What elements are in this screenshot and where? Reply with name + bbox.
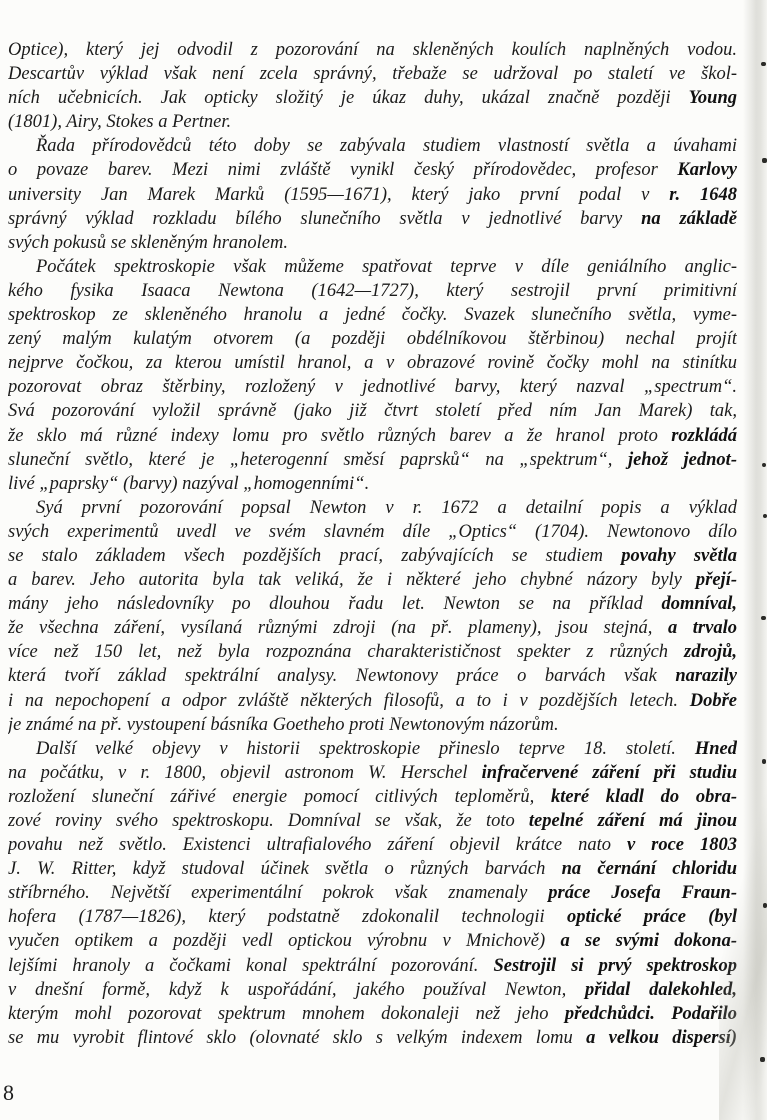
- text-run: spektroskop ze skleněného hranolu a jedn…: [8, 305, 737, 325]
- text-run-bold: domníval,: [661, 594, 737, 614]
- text-run: se mu vyrobit flintové sklo (olovnaté sk…: [8, 1028, 586, 1048]
- text-run: Řada přírodovědců této doby se zabývala …: [36, 136, 737, 156]
- text-run-bold: optické práce (byl: [567, 907, 737, 927]
- text-line: university Jan Marek Marků (1595—1671), …: [8, 183, 737, 207]
- text-line: nejprve čočkou, za kterou umístil hranol…: [8, 351, 737, 375]
- text-run: svých pokusů se skleněným hranolem.: [8, 233, 288, 253]
- text-run: lejšími hranoly a čočkami konal spektrál…: [8, 956, 493, 976]
- text-run-bold: na černání chloridu: [562, 859, 737, 879]
- text-run-bold: Sestrojil si prvý spektroskop: [493, 956, 737, 976]
- scan-speck: [762, 158, 767, 163]
- text-run: že sklo má různé indexy lomu pro světlo …: [8, 426, 671, 446]
- text-line: svých experimentů uvedl ve svém slavném …: [8, 520, 737, 544]
- text-line: zený malým kulatým otvorem (a později ob…: [8, 327, 737, 351]
- text-line: kého fysika Isaaca Newtona (1642—1727), …: [8, 279, 737, 303]
- text-run: svých experimentů uvedl ve svém slavném …: [8, 522, 737, 542]
- scan-speck: [763, 514, 767, 518]
- text-run: o povaze barev. Mezi nimi zvláště vynikl…: [8, 160, 677, 180]
- text-line: je známé na př. vystoupení básníka Goeth…: [8, 713, 737, 737]
- text-line: Řada přírodovědců této doby se zabývala …: [8, 134, 737, 158]
- scan-speck: [760, 1057, 765, 1062]
- text-line: livé „paprsky“ (barvy) nazýval „homogenn…: [8, 472, 737, 496]
- text-line: se mu vyrobit flintové sklo (olovnaté sk…: [8, 1026, 737, 1050]
- text-run: Počátek spektroskopie však můžeme spatřo…: [36, 257, 737, 277]
- text-run: stříbrného. Největší experimentální pokr…: [8, 883, 548, 903]
- text-run: více než 150 let, než byla rozpoznána ch…: [8, 642, 684, 662]
- text-run: kterým mohl pozorovat spektrum mnohem do…: [8, 1004, 565, 1024]
- text-run-bold: Hned: [695, 739, 737, 759]
- text-run-bold: infračervené záření při studiu: [482, 763, 737, 783]
- text-run: která tvoří základ spektrální analysy. N…: [8, 666, 675, 686]
- text-line: (1801), Airy, Stokes a Pertner.: [8, 110, 737, 134]
- text-run-bold: které kladl do obra-: [551, 787, 737, 807]
- text-run-bold: na základě: [641, 209, 737, 229]
- text-line: v dnešní formě, když k uspořádání, jakéh…: [8, 978, 737, 1002]
- text-run: Descartův výklad však není zcela správný…: [8, 64, 737, 84]
- page-number: 8: [3, 1080, 14, 1106]
- text-line: Počátek spektroskopie však můžeme spatřo…: [8, 255, 737, 279]
- text-run: nejprve čočkou, za kterou umístil hranol…: [8, 353, 737, 373]
- text-run-bold: narazily: [675, 666, 737, 686]
- text-line: i na nepochopení a odpor zvláště některý…: [8, 689, 737, 713]
- text-run-bold: rozkládá: [671, 426, 737, 446]
- text-line: Descartův výklad však není zcela správný…: [8, 62, 737, 86]
- text-line: lejšími hranoly a čočkami konal spektrál…: [8, 954, 737, 978]
- text-line: Optice), který jej odvodil z pozorování …: [8, 38, 737, 62]
- text-run: livé „paprsky“ (barvy) nazýval „homogenn…: [8, 474, 369, 494]
- body-text: Optice), který jej odvodil z pozorování …: [8, 38, 737, 1050]
- text-line: Syá první pozorování popsal Newton v r. …: [8, 496, 737, 520]
- text-run-bold: práce Josefa Fraun-: [548, 883, 737, 903]
- text-run: v dnešní formě, když k uspořádání, jakéh…: [8, 980, 585, 1000]
- scan-speck: [762, 759, 766, 764]
- text-run: Další velké objevy v historii spektrosko…: [36, 739, 695, 759]
- text-run: Syá první pozorování popsal Newton v r. …: [36, 498, 737, 518]
- text-run-bold: Karlovy: [677, 160, 737, 180]
- text-run-bold: a trvalo: [668, 618, 737, 638]
- text-line: že všechna záření, vysílaná různými zdro…: [8, 616, 737, 640]
- text-run: zové roviny svého spektroskopu. Domníval…: [8, 811, 529, 831]
- text-run-bold: zdrojů,: [684, 642, 737, 662]
- text-run-bold: předchůdci. Podařilo: [565, 1004, 737, 1024]
- text-line: rozložení sluneční zářivé energie pomocí…: [8, 785, 737, 809]
- text-run: správný výklad rozkladu bílého slunečníh…: [8, 209, 641, 229]
- text-run: kého fysika Isaaca Newtona (1642—1727), …: [8, 281, 737, 301]
- text-line: více než 150 let, než byla rozpoznána ch…: [8, 640, 737, 664]
- text-line: J. W. Ritter, když studoval účinek světl…: [8, 857, 737, 881]
- text-line: že sklo má různé indexy lomu pro světlo …: [8, 424, 737, 448]
- scan-speck: [761, 616, 766, 620]
- page-curl-shadow: [719, 780, 767, 1120]
- text-run: povahu než světlo. Existenci ultrafialov…: [8, 835, 627, 855]
- text-run: vyučen optikem a později vedl optickou v…: [8, 931, 560, 951]
- text-line: svých pokusů se skleněným hranolem.: [8, 231, 737, 255]
- text-line: kterým mohl pozorovat spektrum mnohem do…: [8, 1002, 737, 1026]
- text-run: je známé na př. vystoupení básníka Goeth…: [8, 715, 559, 735]
- text-run: se stalo základem všech pozdějších prací…: [8, 546, 621, 566]
- text-run: university Jan Marek Marků (1595—1671), …: [8, 185, 669, 205]
- text-run: Optice), který jej odvodil z pozorování …: [8, 40, 737, 60]
- text-run-bold: Young: [689, 88, 737, 108]
- text-line: pozorovat obraz štěrbiny, rozložený v je…: [8, 375, 737, 399]
- text-line: o povaze barev. Mezi nimi zvláště vynikl…: [8, 158, 737, 182]
- text-run: i na nepochopení a odpor zvláště některý…: [8, 691, 690, 711]
- text-run: zený malým kulatým otvorem (a později ob…: [8, 329, 737, 349]
- text-line: ních učebnicích. Jak opticky složitý je …: [8, 86, 737, 110]
- text-run-bold: přidal dalekohled,: [585, 980, 737, 1000]
- text-run: sluneční světlo, které je „heterogenní s…: [8, 450, 628, 470]
- text-run-bold: jehož jednot-: [628, 450, 737, 470]
- text-run: ních učebnicích. Jak opticky složitý je …: [8, 88, 689, 108]
- text-run: že všechna záření, vysílaná různými zdro…: [8, 618, 668, 638]
- text-run: (1801), Airy, Stokes a Pertner.: [8, 112, 231, 132]
- text-line: mány jeho následovníky po dlouhou řadu l…: [8, 592, 737, 616]
- text-line: povahu než světlo. Existenci ultrafialov…: [8, 833, 737, 857]
- scan-speck: [761, 62, 766, 66]
- text-run: a barev. Jeho autorita byla tak veliká, …: [8, 570, 696, 590]
- scan-speck: [762, 463, 766, 467]
- text-line: Svá pozorování vyložil správně (jako již…: [8, 399, 737, 423]
- text-line: zové roviny svého spektroskopu. Domníval…: [8, 809, 737, 833]
- text-line: a barev. Jeho autorita byla tak veliká, …: [8, 568, 737, 592]
- text-run-bold: přejí-: [696, 570, 737, 590]
- text-run-bold: povahy světla: [621, 546, 737, 566]
- text-line: na počátku, v r. 1800, objevil astronom …: [8, 761, 737, 785]
- text-run: pozorovat obraz štěrbiny, rozložený v je…: [8, 377, 737, 397]
- text-run: hofera (1787—1826), který podstatně zdok…: [8, 907, 567, 927]
- text-line: stříbrného. Největší experimentální pokr…: [8, 881, 737, 905]
- text-run-bold: Dobře: [690, 691, 737, 711]
- text-line: spektroskop ze skleněného hranolu a jedn…: [8, 303, 737, 327]
- text-run: J. W. Ritter, když studoval účinek světl…: [8, 859, 562, 879]
- text-run-bold: r. 1648: [669, 185, 737, 205]
- text-run: Svá pozorování vyložil správně (jako již…: [8, 401, 737, 421]
- text-run-bold: a se svými dokona-: [560, 931, 737, 951]
- text-line: se stalo základem všech pozdějších prací…: [8, 544, 737, 568]
- text-line: vyučen optikem a později vedl optickou v…: [8, 929, 737, 953]
- scan-speck: [763, 903, 767, 908]
- text-line: sluneční světlo, které je „heterogenní s…: [8, 448, 737, 472]
- book-page: Optice), který jej odvodil z pozorování …: [0, 0, 767, 1120]
- text-run: mány jeho následovníky po dlouhou řadu l…: [8, 594, 661, 614]
- text-run-bold: a velkou dispersí): [586, 1028, 737, 1048]
- text-line: Další velké objevy v historii spektrosko…: [8, 737, 737, 761]
- text-line: správný výklad rozkladu bílého slunečníh…: [8, 207, 737, 231]
- text-line: hofera (1787—1826), který podstatně zdok…: [8, 905, 737, 929]
- text-run: na počátku, v r. 1800, objevil astronom …: [8, 763, 482, 783]
- text-run-bold: tepelné záření má jinou: [529, 811, 737, 831]
- text-run: rozložení sluneční zářivé energie pomocí…: [8, 787, 551, 807]
- text-line: která tvoří základ spektrální analysy. N…: [8, 664, 737, 688]
